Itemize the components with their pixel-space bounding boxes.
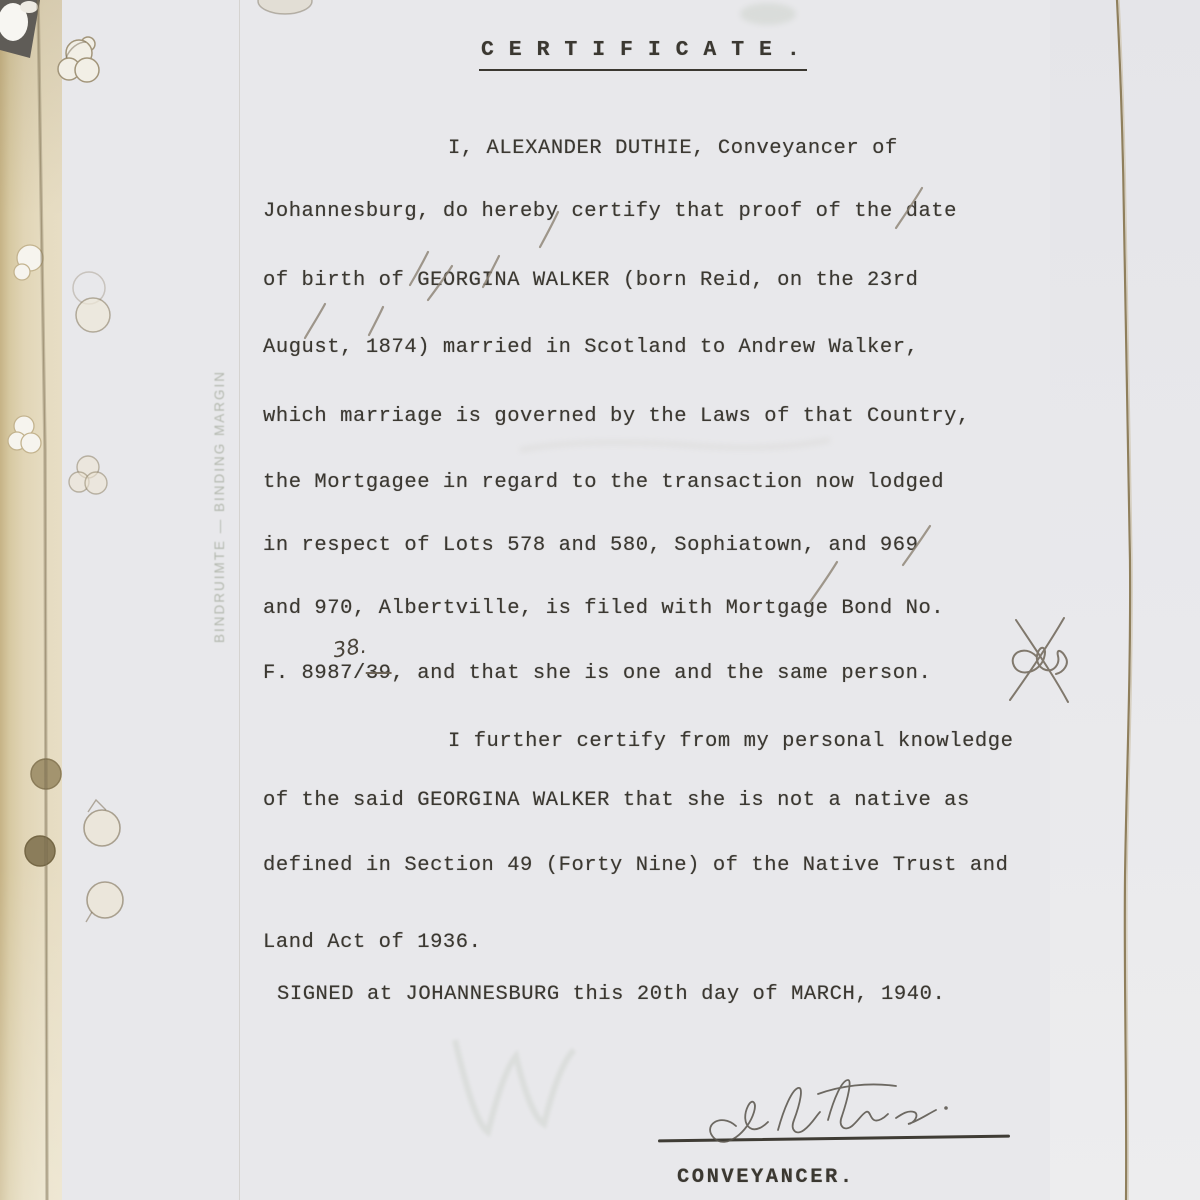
typed-line: defined in Section 49 (Forty Nine) of th… [263,854,1008,877]
scanned-certificate-document: BINDRUIMTE — BINDING MARGIN C E R T I F … [0,0,1200,1200]
certificate-page: BINDRUIMTE — BINDING MARGIN C E R T I F … [0,0,1200,1200]
signature-rule [658,1135,1010,1143]
bond-line-suffix: , and that she is one and the same perso… [392,662,932,685]
typed-line: August, 1874) married in Scotland to And… [263,336,918,359]
typed-line: Land Act of 1936. [263,931,481,954]
typed-line: I, ALEXANDER DUTHIE, Conveyancer of [448,137,898,160]
punch-hole [14,245,43,280]
typed-line-bond-number: F. 8987/39, and that she is one and the … [263,662,931,685]
handwritten-correction: 38. [331,634,368,663]
typed-line: of the said GEORGINA WALKER that she is … [263,789,970,812]
binding-margin-text: BINDRUIMTE — BINDING MARGIN [212,383,238,643]
punch-hole [20,1,38,13]
certificate-title: C E R T I F I C A T E . [479,38,807,71]
typed-line: in respect of Lots 578 and 580, Sophiato… [263,534,918,557]
struck-year: 39 [366,662,392,685]
margin-rule-line [239,0,240,1200]
bond-number-prefix: F. 8987/ [263,662,366,685]
typed-line: of birth of GEORGINA WALKER (born Reid, … [263,269,918,292]
typed-line-signed: SIGNED at JOHANNESBURG this 20th day of … [277,983,945,1006]
signature-title: CONVEYANCER. [677,1166,855,1189]
typed-line: which marriage is governed by the Laws o… [263,405,970,428]
punch-hole [8,416,41,453]
typed-line: Johannesburg, do hereby certify that pro… [263,200,957,223]
typed-line: I further certify from my personal knowl… [448,730,1014,753]
typed-line: and 970, Albertville, is filed with Mort… [263,597,944,620]
typed-line: the Mortgagee in regard to the transacti… [263,471,944,494]
